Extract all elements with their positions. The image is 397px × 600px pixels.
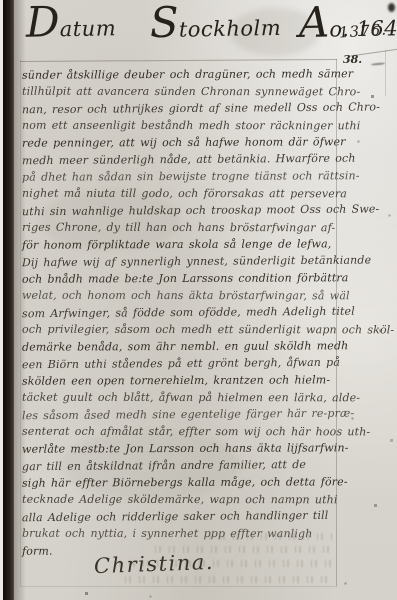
manuscript-line: senterat och afmålat står, effter som wi… (22, 423, 338, 441)
manuscript-line: sigh här effter Biörnebergs kalla måge, … (22, 473, 338, 491)
manuscript-line: täcket guult och blått, åfwan på hielmen… (22, 389, 338, 407)
page: DatumStockholmAo. 1646. 1376. 38. sünder… (0, 0, 397, 600)
corner-ink-spot (388, 3, 395, 12)
signature: Christina. (94, 550, 215, 578)
ruled-frame-top (20, 59, 337, 62)
ruled-frame-bottom (20, 586, 337, 587)
header-word-place: Stockholm (150, 11, 282, 42)
manuscript-line: welat, och honom och hans äkta bröstarfw… (22, 287, 338, 305)
manuscript-line: les såsom åsed medh sine egentelige färg… (22, 405, 338, 424)
manuscript-line: på dhet han sådan sin bewijste trogne ti… (22, 167, 338, 185)
manuscript-line: som Arfwinger, så födde som ofödde, medh… (22, 303, 338, 322)
manuscript-text-block: sünder åtskillige deuber och dragüner, o… (22, 66, 338, 559)
manuscript-line: uthi sin wahnlige huldskap och trooskap … (22, 201, 338, 220)
manuscript-line: tillhülpit att avancera sünden Chronan s… (22, 83, 338, 101)
paper-speckles (0, 0, 1, 1)
manuscript-line: riges Chrone, dy till han och hans bröst… (22, 219, 338, 237)
manuscript-line: rede penninger, att wij och så hafwe hon… (22, 133, 338, 151)
manuscript-line: een Biörn uthi ståendes på ett grönt ber… (22, 354, 338, 373)
ruled-frame-left (20, 60, 21, 586)
manuscript-line: Dij hafwe wij af synnerligh ynnest, sünd… (22, 252, 338, 271)
manuscript-line: sünder åtskillige deuber och dragüner, o… (22, 65, 338, 83)
manuscript-line: werlåte mestb:te Jon Larsson och hans äk… (22, 439, 338, 457)
folio-number: 1376. (338, 20, 387, 41)
ink-bleedthrough (120, 576, 330, 583)
document-header: DatumStockholmAo. 1646. (26, 12, 346, 41)
margin-rule (385, 50, 386, 96)
header-word-datum: Datum (26, 11, 117, 42)
manuscript-line: tecknade Adelige sköldemärke, wapn och n… (22, 491, 338, 509)
book-binding-edge (3, 0, 14, 600)
manuscript-line: gar till en åtskildnat ifrån andre famil… (22, 456, 338, 475)
manuscript-line: skölden een open tornerehielm, krantzen … (22, 371, 338, 389)
manuscript-line: och privilegier, såsom och medh ett sünd… (22, 321, 338, 339)
manuscript-line: för honom förpliktade wara skola så leng… (22, 235, 338, 253)
manuscript-line: alla Adelige och ridderlige saker och ha… (22, 507, 338, 526)
manuscript-line: nighet må niuta till godo, och förorsaka… (22, 185, 338, 203)
ink-smudge (371, 62, 385, 65)
manuscript-line: och bnådh made be:te Jon Larssons condit… (22, 269, 338, 287)
manuscript-line: demärke benåda, som ähr nembl. en guul s… (22, 337, 338, 355)
manuscript-line: nom ett anseenligit beståndh medh stoor … (22, 117, 338, 135)
ink-bleedthrough (200, 533, 335, 540)
manuscript-line: nan, resor och uthrijkes giordt af sine … (22, 99, 338, 118)
margin-number: 38. (343, 53, 362, 66)
manuscript-line: medh meer sünderligh nåde, att betänkia.… (22, 150, 338, 169)
